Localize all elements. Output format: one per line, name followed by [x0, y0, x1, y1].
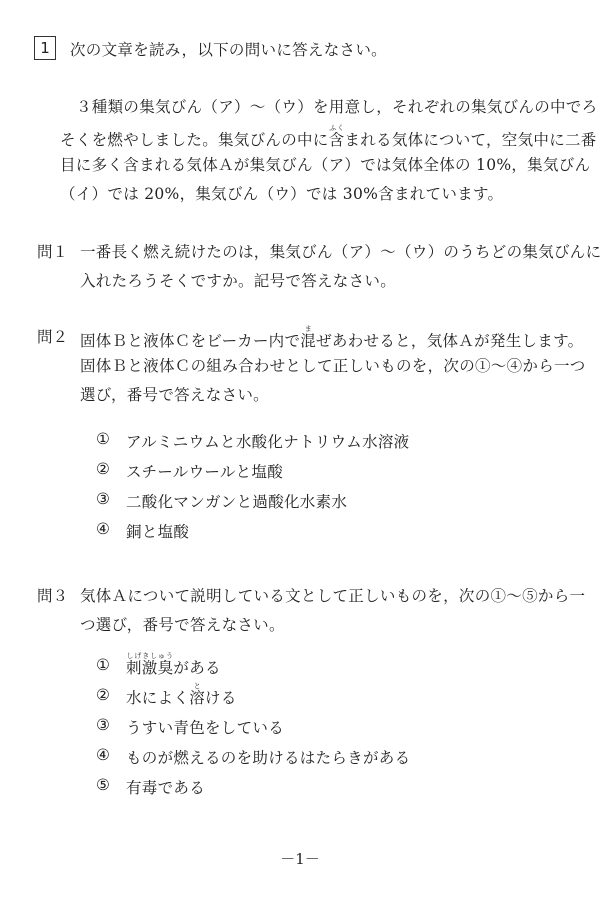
- section-instruction: 次の文章を読み，以下の問いに答えなさい。: [70, 38, 387, 60]
- ruby-reading: ま: [300, 325, 316, 333]
- ruby-ma: 混ま: [300, 332, 316, 350]
- option-text: アルミニウムと水酸化ナトリウム水溶液: [126, 430, 409, 452]
- question-1-line-2: 入れたろうそくですか。記号で答えなさい。: [80, 269, 396, 291]
- option-text: 有毒である: [126, 776, 205, 798]
- option-text-prefix: 水によく: [126, 689, 189, 707]
- page-number: －1－: [0, 848, 600, 869]
- option-number: ①: [96, 656, 110, 674]
- option-text: 銅と塩酸: [126, 520, 189, 542]
- option-text-rest: ける: [205, 689, 237, 707]
- ruby-base: 溶: [189, 689, 205, 707]
- passage-line-1: ３種類の集気びん（ア）～（ウ）を用意し，それぞれの集気びんの中でろう: [76, 95, 600, 117]
- question-3-line-2: つ選び，番号で答えなさい。: [80, 613, 285, 635]
- option-number: ③: [96, 490, 110, 508]
- ruby-to: 溶と: [189, 689, 205, 707]
- option-text: うすい青色をしている: [126, 716, 284, 738]
- question-2-line-1b: ぜあわせると，気体Ａが発生します。: [316, 332, 583, 350]
- ruby-base: 刺激臭: [126, 659, 173, 677]
- option-number: ③: [96, 716, 110, 734]
- ruby-fuku: 含ふく: [329, 131, 345, 149]
- option-text-rest: がある: [173, 659, 220, 677]
- option-number: ⑤: [96, 776, 110, 794]
- question-1-label: 問１: [37, 240, 68, 262]
- option-number: ②: [96, 460, 110, 478]
- passage-line-3: 目に多く含まれる気体Ａが集気びん（ア）では気体全体の 10%，集気びん: [60, 153, 590, 175]
- option-text: 二酸化マンガンと過酸化水素水: [126, 490, 347, 512]
- ruby-base: 含: [329, 131, 345, 149]
- passage-line-2: そくを燃やしました。集気びんの中に含ふくまれる気体について，空気中に二番: [60, 124, 597, 150]
- question-3-line-1: 気体Ａについて説明している文として正しいものを，次の①～⑤から一: [80, 584, 585, 606]
- ruby-reading: ふく: [329, 124, 345, 132]
- option-number: ④: [96, 746, 110, 764]
- ruby-base: 混: [300, 332, 316, 350]
- passage-line-2b: まれる気体について，空気中に二番: [344, 131, 596, 149]
- option-text: 水によく溶とける: [126, 682, 237, 708]
- question-2-line-2: 固体Ｂと液体Ｃの組み合わせとして正しいものを，次の①～④から一つ: [80, 354, 586, 376]
- option-text: スチールウールと塩酸: [126, 460, 283, 482]
- ruby-reading: と: [189, 682, 205, 690]
- option-number: ④: [96, 520, 110, 538]
- question-2-line-1: 固体Ｂと液体Ｃをビーカー内で混まぜあわせると，気体Ａが発生します。: [80, 325, 583, 351]
- question-3-label: 問３: [37, 584, 68, 606]
- option-number: ②: [96, 686, 110, 704]
- ruby-shigekishuu: 刺激臭しげきしゅう: [126, 659, 173, 677]
- option-text: ものが燃えるのを助けるはたらきがある: [126, 746, 410, 768]
- question-2-line-3: 選び，番号で答えなさい。: [80, 383, 269, 405]
- question-1-line-1: 一番長く燃え続けたのは，集気びん（ア）～（ウ）のうちどの集気びんに: [80, 240, 600, 262]
- question-2-line-1a: 固体Ｂと液体Ｃをビーカー内で: [80, 332, 300, 350]
- passage-line-2a: そくを燃やしました。集気びんの中に: [60, 131, 329, 149]
- question-2-label: 問２: [37, 325, 68, 347]
- ruby-reading: しげきしゅう: [126, 652, 173, 660]
- passage-line-4: （イ）では 20%，集気びん（ウ）では 30%含まれています。: [60, 182, 503, 204]
- section-number-box: 1: [34, 36, 56, 60]
- option-number: ①: [96, 430, 110, 448]
- option-text: 刺激臭しげきしゅうがある: [126, 652, 221, 678]
